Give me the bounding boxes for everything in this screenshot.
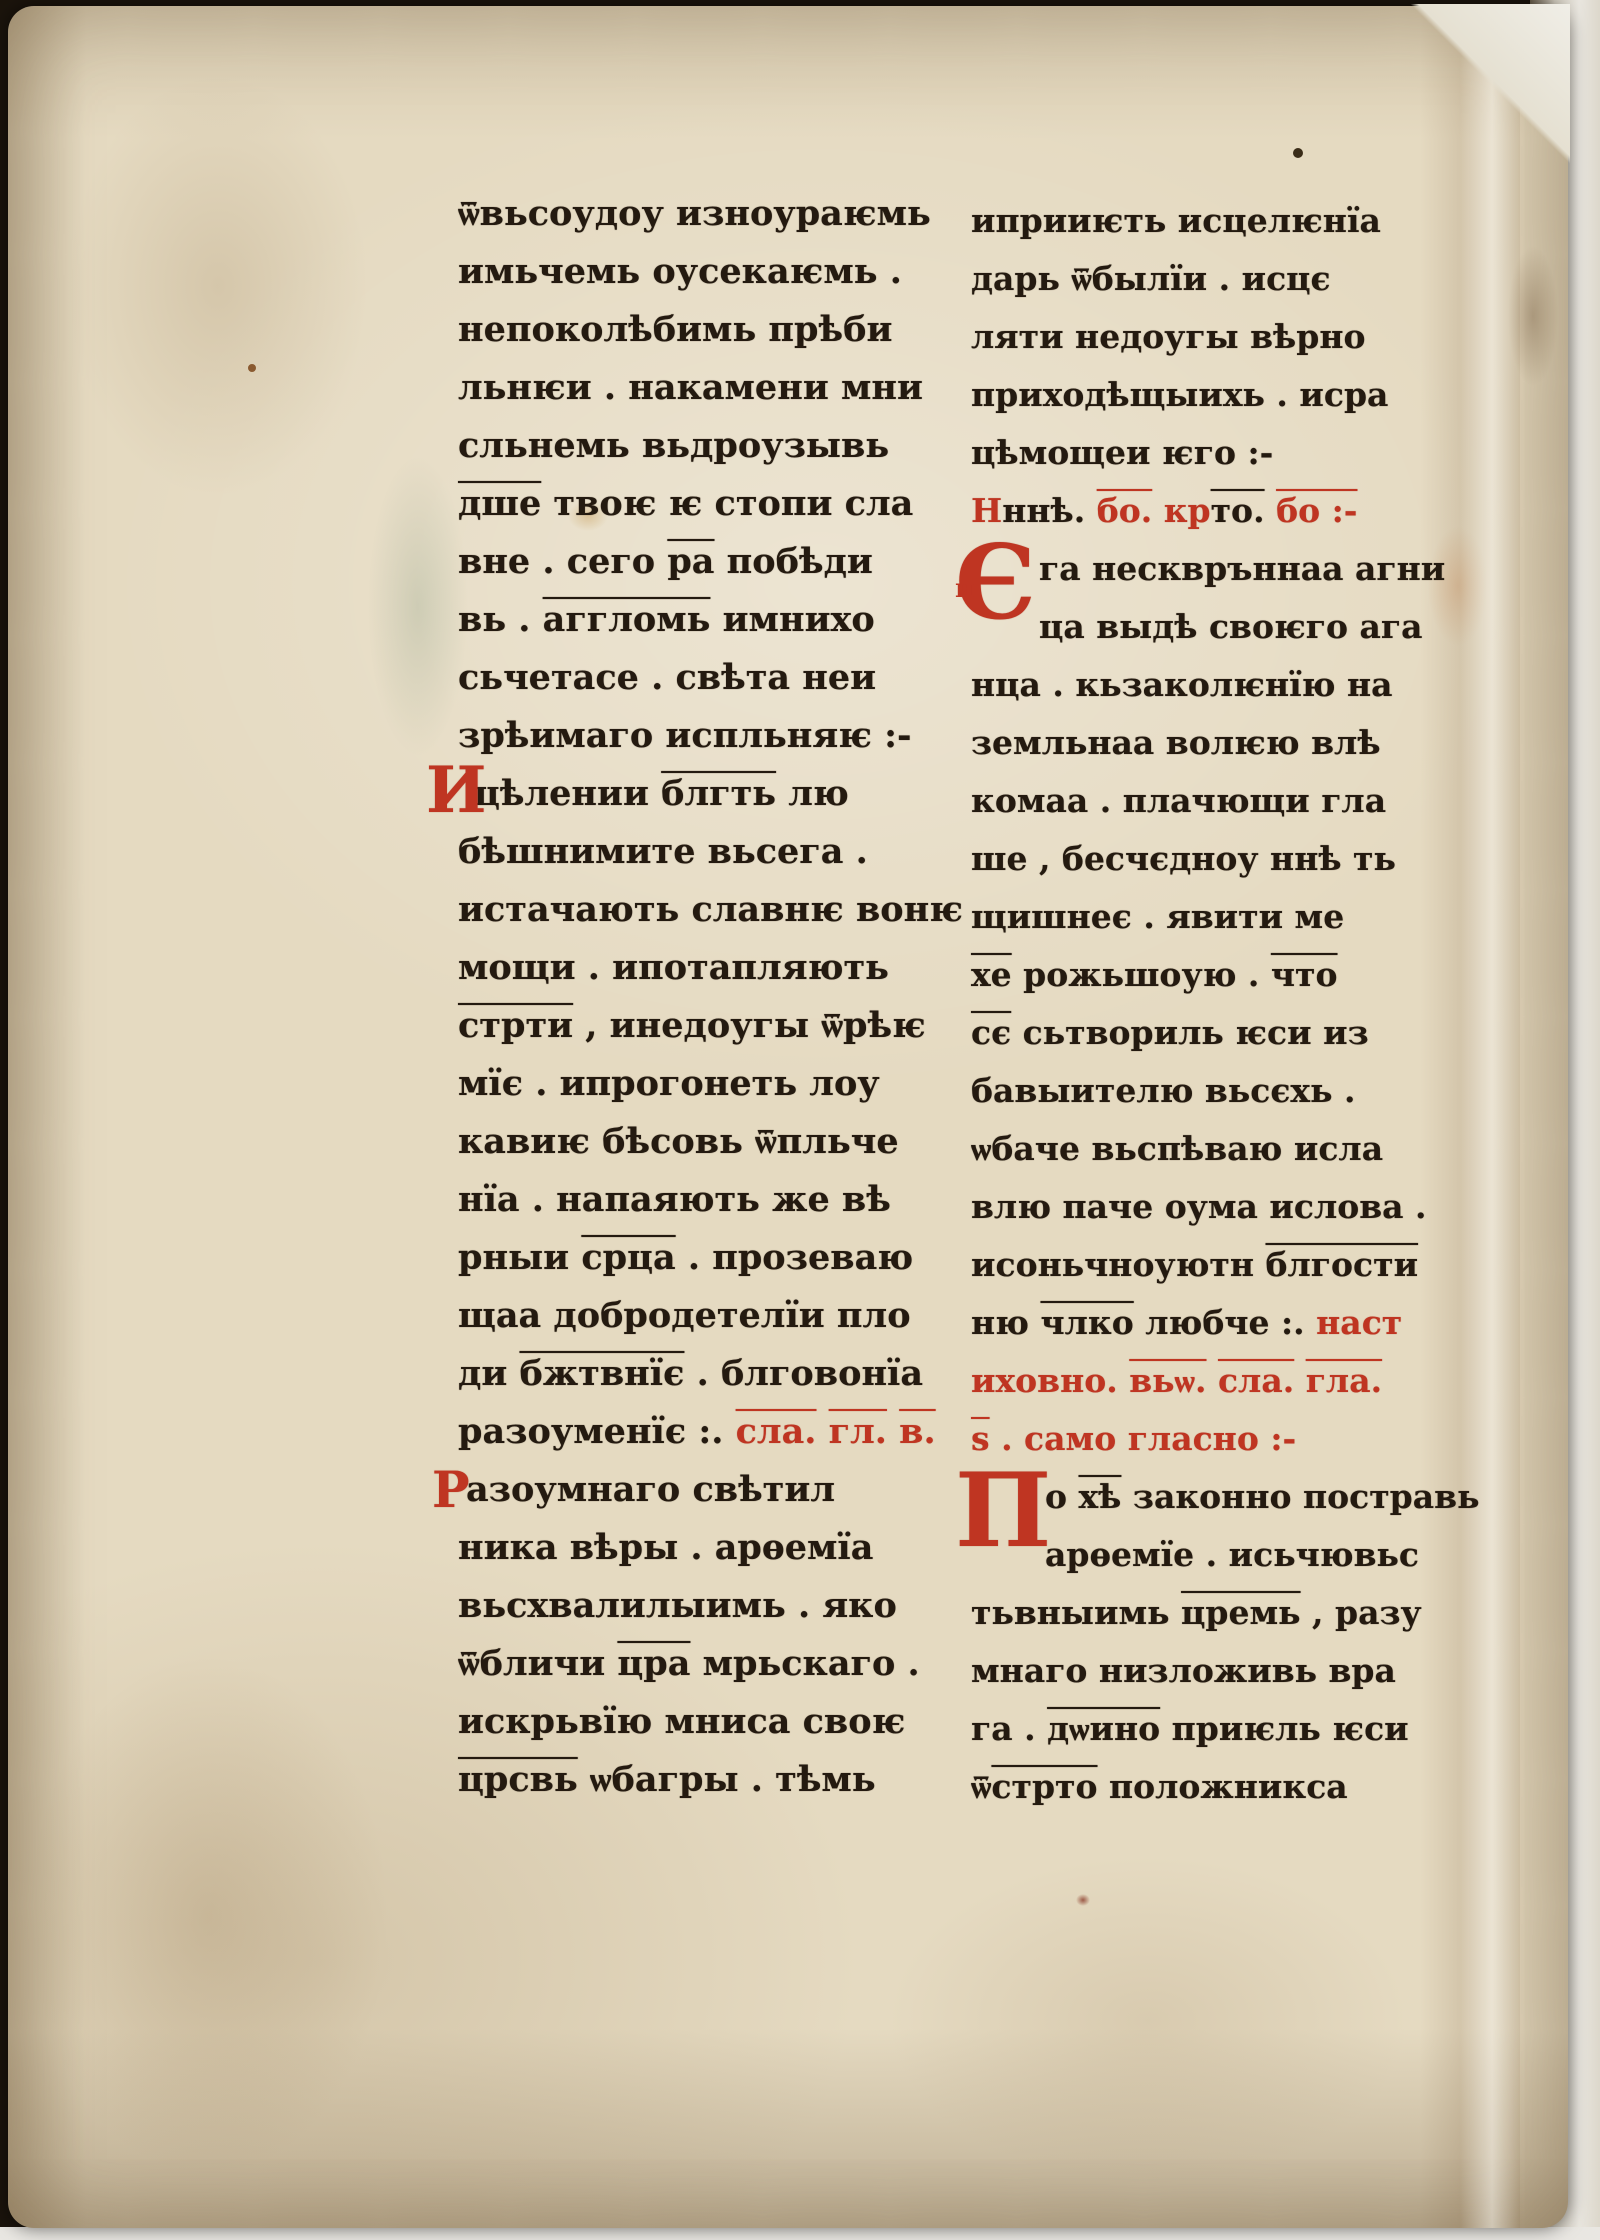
rubric-text-segment — [887, 1411, 899, 1452]
text-segment: га несквръннаа агни — [1039, 549, 1445, 588]
manuscript-line: сє сьтвориль ѥси из — [971, 1004, 1371, 1062]
text-segment: льнѥи . накамени мни — [458, 367, 923, 408]
text-segment: положникса — [1098, 1767, 1348, 1806]
left-text-column: ѿвьсоудоу изноураѥмьимьчемь оусекаѥмь .н… — [458, 185, 963, 1809]
text-segment: цѣлении — [474, 773, 661, 814]
manuscript-line: хе рожьшоую . что — [971, 946, 1371, 1004]
text-segment: ляти недоугы вѣрно — [971, 317, 1366, 356]
text-segment: ра — [667, 541, 714, 582]
manuscript-line: ѿстрто положникса — [971, 1758, 1371, 1816]
text-segment: ню — [971, 1303, 1040, 1342]
text-segment: щишнеє . явити ме — [971, 897, 1344, 936]
manuscript-line: иховно. вьѡ. сла. гла. — [971, 1352, 1371, 1410]
text-segment: дѡино — [1047, 1709, 1160, 1748]
text-segment: хе — [971, 955, 1012, 994]
manuscript-line: иприиѥть исцелѥнїа — [971, 192, 1371, 250]
text-segment: ди — [458, 1353, 519, 1394]
text-segment: мїє . ипрогонеть лоу — [458, 1063, 880, 1104]
manuscript-line: вне . сего ра побѣди — [458, 533, 963, 591]
text-segment: любче :. — [1134, 1303, 1316, 1342]
manuscript-line: ляти недоугы вѣрно — [971, 308, 1371, 366]
stain — [68, 76, 368, 496]
text-segment: то. — [1211, 491, 1265, 530]
text-segment: ника вѣры . арѳемїа — [458, 1527, 873, 1568]
text-segment: зрѣимаго испльняѥ :- — [458, 715, 912, 756]
text-segment: ѿвьсоудоу изноураѥмь — [458, 193, 931, 234]
rubric-text-segment: кр — [1164, 491, 1211, 530]
manuscript-page: ѿвьсоудоу изноураѥмьимьчемь оусекаѥмь .н… — [8, 6, 1568, 2228]
rubric-initial: И — [426, 759, 486, 823]
text-segment: приходѣщыихь . исра — [971, 375, 1388, 414]
stain — [28, 1656, 388, 2176]
manuscript-line: Ицѣлении блгть лю — [458, 765, 963, 823]
rubric-text-segment: наст — [1316, 1303, 1402, 1342]
manuscript-line: По хѣ законно пострaвь — [971, 1468, 1371, 1526]
stain — [368, 456, 468, 756]
text-segment: блгть — [661, 773, 776, 814]
text-segment: дше — [458, 483, 541, 524]
manuscript-line: зрѣимаго испльняѥ :- — [458, 707, 963, 765]
photo-backdrop: ѿвьсоудоу изноураѥмьимьчемь оусекаѥмь .н… — [0, 0, 1600, 2240]
manuscript-line: рныи срца . прозеваю — [458, 1229, 963, 1287]
manuscript-line: ди бжтвнїє . блговонїа — [458, 1345, 963, 1403]
manuscript-line: бавыителю вьсєхь . — [971, 1062, 1371, 1120]
manuscript-line: бѣшнимите вьсега . — [458, 823, 963, 881]
manuscript-line: арѳемїе . исьчювьс — [971, 1526, 1371, 1584]
text-segment: црсвь — [458, 1759, 578, 1800]
text-segment: цремь — [1181, 1593, 1301, 1632]
stain — [1076, 1894, 1090, 1906]
text-segment: ше , бесчєдноу ннѣ ть — [971, 839, 1396, 878]
manuscript-line: разоуменїє :. сла. гл. в. — [458, 1403, 963, 1461]
page-curvature-shade — [1420, 6, 1520, 2228]
text-segment: блгости — [1266, 1245, 1419, 1284]
text-segment: мнаго низложивь вра — [971, 1651, 1396, 1690]
manuscript-line: мнаго низложивь вра — [971, 1642, 1371, 1700]
text-segment: твоѥ ѥ стопи сла — [541, 483, 913, 524]
stain — [248, 364, 256, 372]
manuscript-line: цѣмощеи ѥго :- — [971, 424, 1371, 482]
text-segment: , инедоугы ѿрѣѥ — [573, 1005, 926, 1046]
text-segment: . блговонїа — [684, 1353, 923, 1394]
text-segment: искрьвїю мниса своѥ — [458, 1701, 905, 1742]
text-segment: сьчетасе . свѣта неи — [458, 657, 876, 698]
manuscript-line: истачають славнѥ вонѥ — [458, 881, 963, 939]
text-segment: имьчемь оусекаѥмь . — [458, 251, 902, 292]
rubric-text-segment: бо :- — [1276, 491, 1357, 530]
manuscript-line: сьчетасе . свѣта неи — [458, 649, 963, 707]
text-segment: члко — [1040, 1303, 1133, 1342]
manuscript-line: сльнемь вьдроузывь — [458, 417, 963, 475]
rubric-text-segment: сла. — [1218, 1361, 1294, 1400]
rubric-text-segment: иховно. — [971, 1361, 1129, 1400]
marginal-mark: и — [955, 574, 974, 604]
manuscript-line: нїа . напаяють же вѣ — [458, 1171, 963, 1229]
manuscript-line: комаа . плачющи гла — [971, 772, 1371, 830]
text-segment: рожьшоую . — [1012, 955, 1271, 994]
manuscript-line: га . дѡино приѥль ѥси — [971, 1700, 1371, 1758]
text-segment: что — [1271, 955, 1338, 994]
manuscript-line: тьвныимь цремь , разу — [971, 1584, 1371, 1642]
manuscript-line: ѿбличи цра мрьскаго . — [458, 1635, 963, 1693]
manuscript-line: ника вѣры . арѳемїа — [458, 1519, 963, 1577]
right-text-column: иприиѥть исцелѥнїадарь ѿбылїи . исцєляти… — [971, 192, 1371, 1816]
text-segment: нїа . напаяють же вѣ — [458, 1179, 891, 1220]
manuscript-line: земльнаа волѥю влѣ — [971, 714, 1371, 772]
text-segment: имнихо — [710, 599, 874, 640]
text-segment: мрьскаго . — [690, 1643, 919, 1684]
text-segment: мощи . ипотапляють — [458, 947, 889, 988]
text-segment: щаа добродетелїи пло — [458, 1295, 911, 1336]
rubric-initial: Р — [432, 1465, 470, 1515]
text-segment: ѡбагры . тѣмь — [578, 1759, 876, 1800]
manuscript-line: влю паче оума ислова . — [971, 1178, 1371, 1236]
text-segment: приѥль ѥси — [1160, 1709, 1409, 1748]
text-segment: земльнаа волѥю влѣ — [971, 723, 1381, 762]
text-segment: бжтвнїє — [519, 1353, 684, 1394]
text-segment: исоньчноуютн — [971, 1245, 1266, 1284]
manuscript-line: црсвь ѡбагры . тѣмь — [458, 1751, 963, 1809]
manuscript-line: Єга несквръннаа агни — [971, 540, 1371, 598]
text-segment: бавыителю вьсєхь . — [971, 1071, 1355, 1110]
stain — [1293, 148, 1303, 158]
text-segment: ѡбаче вьспѣваю исла — [971, 1129, 1383, 1168]
manuscript-line: исоньчноуютн блгости — [971, 1236, 1371, 1294]
rubric-text-segment: бо. — [1097, 491, 1153, 530]
manuscript-line: вь . аггломь имнихо — [458, 591, 963, 649]
manuscript-line: дарь ѿбылїи . исцє — [971, 250, 1371, 308]
text-segment: вьсхвалилыимь . яко — [458, 1585, 897, 1626]
rubric-text-segment — [1294, 1361, 1306, 1400]
manuscript-line: ѿвьсоудоу изноураѥмь — [458, 185, 963, 243]
text-segment: га . — [971, 1709, 1047, 1748]
text-segment: истачають славнѥ вонѥ — [458, 889, 963, 930]
manuscript-line: мїє . ипрогонеть лоу — [458, 1055, 963, 1113]
rubric-text-segment — [816, 1411, 828, 1452]
text-segment: влю паче оума ислова . — [971, 1187, 1427, 1226]
text-segment: нца . кьзаколѥнїю на — [971, 665, 1393, 704]
manuscript-line: щаа добродетелїи пло — [458, 1287, 963, 1345]
text-segment: , разу — [1301, 1593, 1422, 1632]
manuscript-line: нца . кьзаколѥнїю на — [971, 656, 1371, 714]
text-segment: непоколѣбимь прѣби — [458, 309, 892, 350]
rubric-text-segment — [1206, 1361, 1218, 1400]
stain — [1508, 246, 1558, 386]
manuscript-line: ца выдѣ своѥго ага — [971, 598, 1371, 656]
text-segment: азоумнаго свѣтил — [466, 1469, 835, 1510]
manuscript-line: стрти , инедоугы ѿрѣѥ — [458, 997, 963, 1055]
manuscript-line: имьчемь оусекаѥмь . — [458, 243, 963, 301]
stain — [888, 1856, 1408, 2186]
rubric-text-segment: гл. — [829, 1411, 887, 1452]
text-segment: . прозеваю — [676, 1237, 913, 1278]
text-segment: рныи — [458, 1237, 581, 1278]
manuscript-line: кавиѥ бѣсовь ѿпльче — [458, 1113, 963, 1171]
text-segment: сльнемь вьдроузывь — [458, 425, 889, 466]
text-segment — [1265, 491, 1277, 530]
text-segment: ца выдѣ своѥго ага — [1039, 607, 1422, 646]
folded-corner — [1355, 4, 1570, 189]
text-segment: вь . — [458, 599, 543, 640]
text-segment: арѳемїе . исьчювьс — [1045, 1535, 1419, 1574]
manuscript-line: ше , бесчєдноу ннѣ ть — [971, 830, 1371, 888]
text-segment: лю — [776, 773, 849, 814]
text-segment: разоуменїє :. — [458, 1411, 736, 1452]
rubric-text-segment: вьѡ. — [1129, 1361, 1206, 1400]
text-segment: побѣди — [714, 541, 872, 582]
manuscript-line: приходѣщыихь . исра — [971, 366, 1371, 424]
text-segment: бѣшнимите вьсега . — [458, 831, 868, 872]
text-segment: стрти — [458, 1005, 573, 1046]
text-segment: законно пострaвь — [1121, 1477, 1479, 1516]
text-segment: цѣмощеи ѥго :- — [971, 433, 1273, 472]
manuscript-line: Разоумнаго свѣтил — [458, 1461, 963, 1519]
manuscript-line: искрьвїю мниса своѥ — [458, 1693, 963, 1751]
text-segment: срца — [581, 1237, 675, 1278]
manuscript-line: ѡбаче вьспѣваю исла — [971, 1120, 1371, 1178]
text-segment: хѣ — [1079, 1477, 1122, 1516]
manuscript-line: ню члко любче :. наст — [971, 1294, 1371, 1352]
text-segment: иприиѥть исцелѥнїа — [971, 201, 1381, 240]
text-segment: дарь ѿбылїи . исцє — [971, 259, 1331, 298]
text-segment: цра — [617, 1643, 690, 1684]
manuscript-line: вьсхвалилыимь . яко — [458, 1577, 963, 1635]
text-segment: ѿ — [971, 1767, 991, 1806]
text-segment: комаа . плачющи гла — [971, 781, 1386, 820]
manuscript-line: непоколѣбимь прѣби — [458, 301, 963, 359]
text-segment: сє — [971, 1013, 1011, 1052]
text-segment: стрто — [991, 1767, 1097, 1806]
text-segment — [1152, 491, 1164, 530]
text-segment: тьвныимь — [971, 1593, 1181, 1632]
text-segment: вне . сего — [458, 541, 667, 582]
text-segment: аггломь — [543, 599, 711, 640]
text-segment: ѿбличи — [458, 1643, 617, 1684]
manuscript-line: щишнеє . явити ме — [971, 888, 1371, 946]
table-surface — [0, 2227, 1600, 2240]
text-segment: сьтвориль ѥси из — [1011, 1013, 1368, 1052]
rubric-text-segment: в. — [899, 1411, 936, 1452]
text-segment: кавиѥ бѣсовь ѿпльче — [458, 1121, 899, 1162]
rubric-text-segment: гла. — [1306, 1361, 1382, 1400]
manuscript-line: дше твоѥ ѥ стопи сла — [458, 475, 963, 533]
manuscript-line: мощи . ипотапляють — [458, 939, 963, 997]
rubric-text-segment: сла. — [736, 1411, 817, 1452]
manuscript-line: льнѥи . накамени мни — [458, 359, 963, 417]
